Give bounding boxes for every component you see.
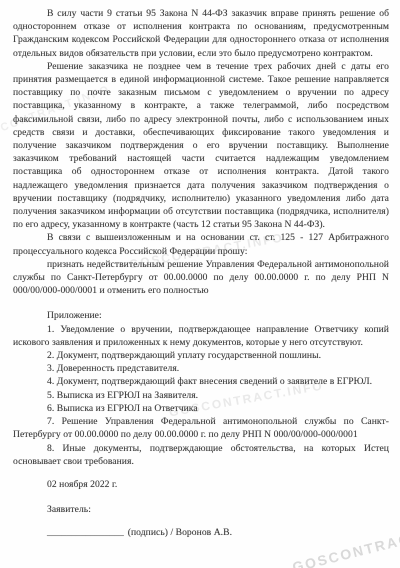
scanned-document-page: GOSCONTRACT.INFO GOSCONTRACT.INFO GOSCON… bbox=[0, 0, 400, 568]
paragraph-law-44fz-part9: В силу части 9 статьи 95 Закона N 44-ФЗ … bbox=[13, 7, 389, 60]
attachments-title: Приложение: bbox=[13, 309, 389, 322]
paragraph-demand: признать недействительным решение Управл… bbox=[13, 258, 389, 298]
attachment-item-8: 8. Иные документы, подтверждающие обстоя… bbox=[13, 442, 389, 468]
signature-caption: (подпись) / Воронов А.В. bbox=[128, 527, 232, 538]
attachment-item-5: 5. Выписка из ЕГРЮЛ на Заявителя. bbox=[13, 389, 389, 402]
paragraph-law-44fz-notice: Решение заказчика не позднее чем в течен… bbox=[13, 60, 389, 232]
signature-blank: ________________ bbox=[47, 527, 124, 538]
signer-label: Заявитель: bbox=[13, 503, 389, 516]
paragraph-apk-basis: В связи с вышеизложенным и на основании … bbox=[13, 231, 389, 257]
document-date: 02 ноября 2022 г. bbox=[13, 478, 389, 491]
signature-line: ________________(подпись) / Воронов А.В. bbox=[13, 526, 389, 539]
attachment-item-6: 6. Выписка из ЕГРЮЛ на Ответчика bbox=[13, 402, 389, 415]
attachment-item-3: 3. Доверенность представителя. bbox=[13, 362, 389, 375]
attachment-item-7: 7. Решение Управления Федеральной антимо… bbox=[13, 415, 389, 441]
document-body: В силу части 9 статьи 95 Закона N 44-ФЗ … bbox=[13, 7, 389, 540]
attachment-item-2: 2. Документ, подтверждающий уплату госуд… bbox=[13, 349, 389, 362]
attachment-item-1: 1. Уведомление о вручении, подтверждающе… bbox=[13, 323, 389, 349]
attachment-item-4: 4. Документ, подтверждающий факт внесени… bbox=[13, 375, 389, 388]
